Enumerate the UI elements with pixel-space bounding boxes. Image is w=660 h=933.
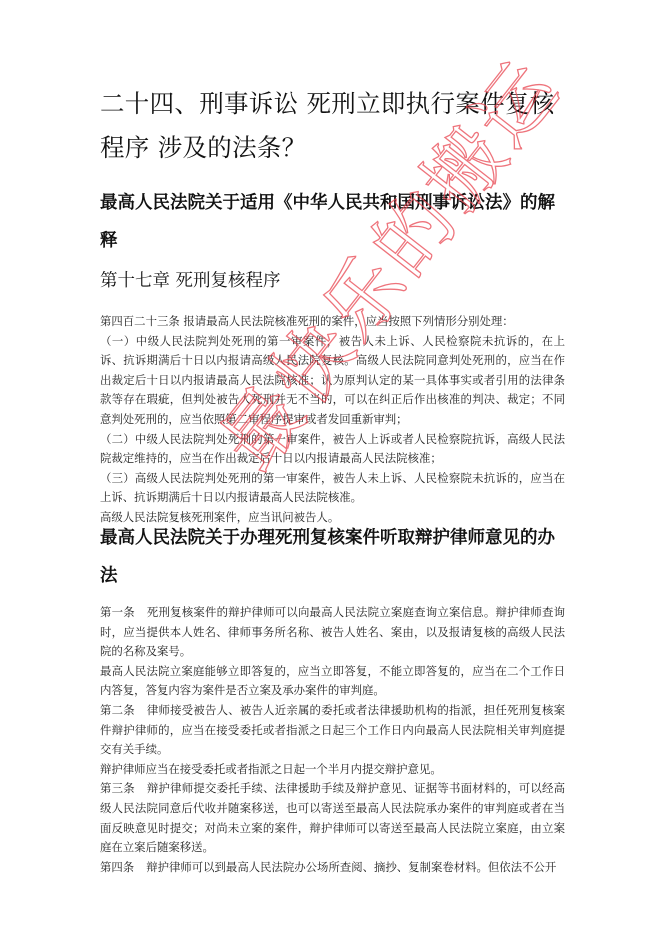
article-number: 第三条 xyxy=(100,781,135,795)
chapter-heading: 第十七章 死刑复核程序 xyxy=(100,268,281,294)
article-text: 辩护律师应当在接受委托或者指派之日起一个半月内提交辩护意见。 xyxy=(100,762,442,776)
paragraph: （二）中级人民法院判处死刑的第一审案件，被告人上诉或者人民检察院抗诉，高级人民法… xyxy=(100,430,565,469)
article-text: 律师接受被告人、被告人近亲属的委托或者法律援助机构的指派，担任死刑复核案件辩护律… xyxy=(100,703,565,756)
article-number: 第一条 xyxy=(100,605,135,619)
article-text: 死刑复核案件的辩护律师可以向最高人民法院立案庭查询立案信息。辩护律师查询时，应当… xyxy=(100,605,565,658)
paragraph: 第二条律师接受被告人、被告人近亲属的委托或者法律援助机构的指派，担任死刑复核案件… xyxy=(100,701,565,760)
document-title: 二十四、刑事诉讼 死刑立即执行案件复核程序 涉及的法条？ xyxy=(100,82,570,170)
section-heading-defense-lawyer: 最高人民法院关于办理死刑复核案件听取辩护律师意见的办法 xyxy=(100,519,570,595)
article-number: 第四条 xyxy=(100,860,134,874)
paragraph: 第四百二十三条 报请最高人民法院核准死刑的案件，应当按照下列情形分别处理： xyxy=(100,312,565,332)
paragraph: 辩护律师应当在接受委托或者指派之日起一个半月内提交辩护意见。 xyxy=(100,760,565,780)
article-text: 辩护律师可以到最高人民法院办公场所查阅、摘抄、复制案卷材料。但依法不公开 xyxy=(146,860,556,874)
section-body-interpretation: 第四百二十三条 报请最高人民法院核准死刑的案件，应当按照下列情形分别处理： （一… xyxy=(100,312,565,528)
paragraph: 最高人民法院立案庭能够立即答复的，应当立即答复，不能立即答复的，应当在二个工作日… xyxy=(100,662,565,701)
article-text: 辩护律师提交委托手续、法律援助手续及辩护意见、证据等书面材料的，可以经高级人民法… xyxy=(100,781,565,854)
section-heading-interpretation: 最高人民法院关于适用《中华人民共和国刑事诉讼法》的解释 xyxy=(100,184,570,260)
paragraph: 第三条辩护律师提交委托手续、法律援助手续及辩护意见、证据等书面材料的，可以经高级… xyxy=(100,779,565,857)
section-body-defense-lawyer: 第一条死刑复核案件的辩护律师可以向最高人民法院立案庭查询立案信息。辩护律师查询时… xyxy=(100,603,565,877)
paragraph: （三）高级人民法院判处死刑的第一审案件，被告人未上诉、人民检察院未抗诉的，应当在… xyxy=(100,469,565,508)
paragraph: （一）中级人民法院判处死刑的第一审案件，被告人未上诉、人民检察院未抗诉的，在上诉… xyxy=(100,332,565,430)
paragraph: 第四条辩护律师可以到最高人民法院办公场所查阅、摘抄、复制案卷材料。但依法不公开 xyxy=(100,858,565,878)
paragraph: 第一条死刑复核案件的辩护律师可以向最高人民法院立案庭查询立案信息。辩护律师查询时… xyxy=(100,603,565,662)
article-number: 第二条 xyxy=(100,703,135,717)
article-text: 最高人民法院立案庭能够立即答复的，应当立即答复，不能立即答复的，应当在二个工作日… xyxy=(100,664,565,698)
